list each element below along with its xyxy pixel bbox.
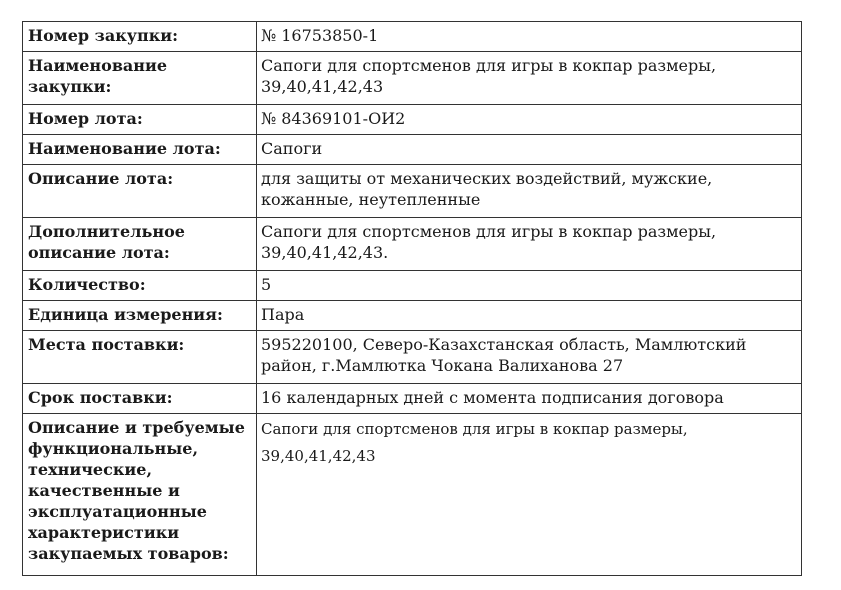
table-row-lot-number: Номер лота: № 84369101-ОИ2 [23, 105, 802, 135]
row-label: Наименование закупки: [23, 52, 257, 105]
label-line: технические, [28, 459, 252, 480]
table-row-quantity: Количество: 5 [23, 271, 802, 301]
label-line: качественные и [28, 480, 252, 501]
label-line: эксплуатационные [28, 501, 252, 522]
value-line: 39,40,41,42,43 [261, 76, 797, 97]
row-value: Сапоги для спортсменов для игры в кокпар… [257, 52, 802, 105]
table-row-lot-name: Наименование лота: Сапоги [23, 135, 802, 165]
value-line: район, г.Мамлютка Чокана Валиханова 27 [261, 355, 797, 376]
table-row-additional-description: Дополнительное описание лота: Сапоги для… [23, 218, 802, 271]
row-label: Описание и требуемые функциональные, тех… [23, 414, 257, 576]
table-row-requirements: Описание и требуемые функциональные, тех… [23, 414, 802, 576]
row-value: Пара [257, 301, 802, 331]
lot-details-table: Номер закупки: № 16753850-1 Наименование… [22, 21, 802, 576]
label-line: описание лота: [28, 242, 252, 263]
value-line: Сапоги для спортсменов для игры в кокпар… [261, 416, 797, 443]
row-value: 595220100, Северо-Казахстанская область,… [257, 331, 802, 384]
label-line: закупаемых товаров: [28, 543, 252, 564]
row-label: Номер закупки: [23, 22, 257, 52]
table-row-lot-description: Описание лота: для защиты от механически… [23, 165, 802, 218]
row-label: Номер лота: [23, 105, 257, 135]
label-line: Дополнительное [28, 221, 252, 242]
label-line: функциональные, [28, 438, 252, 459]
row-label: Количество: [23, 271, 257, 301]
row-label: Единица измерения: [23, 301, 257, 331]
value-line: 595220100, Северо-Казахстанская область,… [261, 334, 797, 355]
row-value: Сапоги для спортсменов для игры в кокпар… [257, 218, 802, 271]
value-line: 39,40,41,42,43. [261, 242, 797, 263]
label-line: Описание и требуемые [28, 417, 252, 438]
label-line: Наименование [28, 55, 252, 76]
value-line: для защиты от механических воздействий, … [261, 168, 797, 189]
row-value: 5 [257, 271, 802, 301]
table-row-delivery-place: Места поставки: 595220100, Северо-Казахс… [23, 331, 802, 384]
value-line: кожанные, неутепленные [261, 189, 797, 210]
row-value: для защиты от механических воздействий, … [257, 165, 802, 218]
value-line: 39,40,41,42,43 [261, 443, 797, 470]
row-value: 16 календарных дней с момента подписания… [257, 384, 802, 414]
row-value: № 16753850-1 [257, 22, 802, 52]
row-label: Места поставки: [23, 331, 257, 384]
label-line: закупки: [28, 76, 252, 97]
lot-details-container: Номер закупки: № 16753850-1 Наименование… [22, 21, 802, 576]
label-line: характеристики [28, 522, 252, 543]
value-line: Сапоги для спортсменов для игры в кокпар… [261, 221, 797, 242]
table-row-delivery-term: Срок поставки: 16 календарных дней с мом… [23, 384, 802, 414]
row-label: Описание лота: [23, 165, 257, 218]
table-row-purchase-name: Наименование закупки: Сапоги для спортсм… [23, 52, 802, 105]
row-label: Наименование лота: [23, 135, 257, 165]
row-value: № 84369101-ОИ2 [257, 105, 802, 135]
row-value: Сапоги [257, 135, 802, 165]
row-value: Сапоги для спортсменов для игры в кокпар… [257, 414, 802, 576]
row-label: Срок поставки: [23, 384, 257, 414]
table-row-unit: Единица измерения: Пара [23, 301, 802, 331]
row-label: Дополнительное описание лота: [23, 218, 257, 271]
table-row-purchase-number: Номер закупки: № 16753850-1 [23, 22, 802, 52]
value-line: Сапоги для спортсменов для игры в кокпар… [261, 55, 797, 76]
